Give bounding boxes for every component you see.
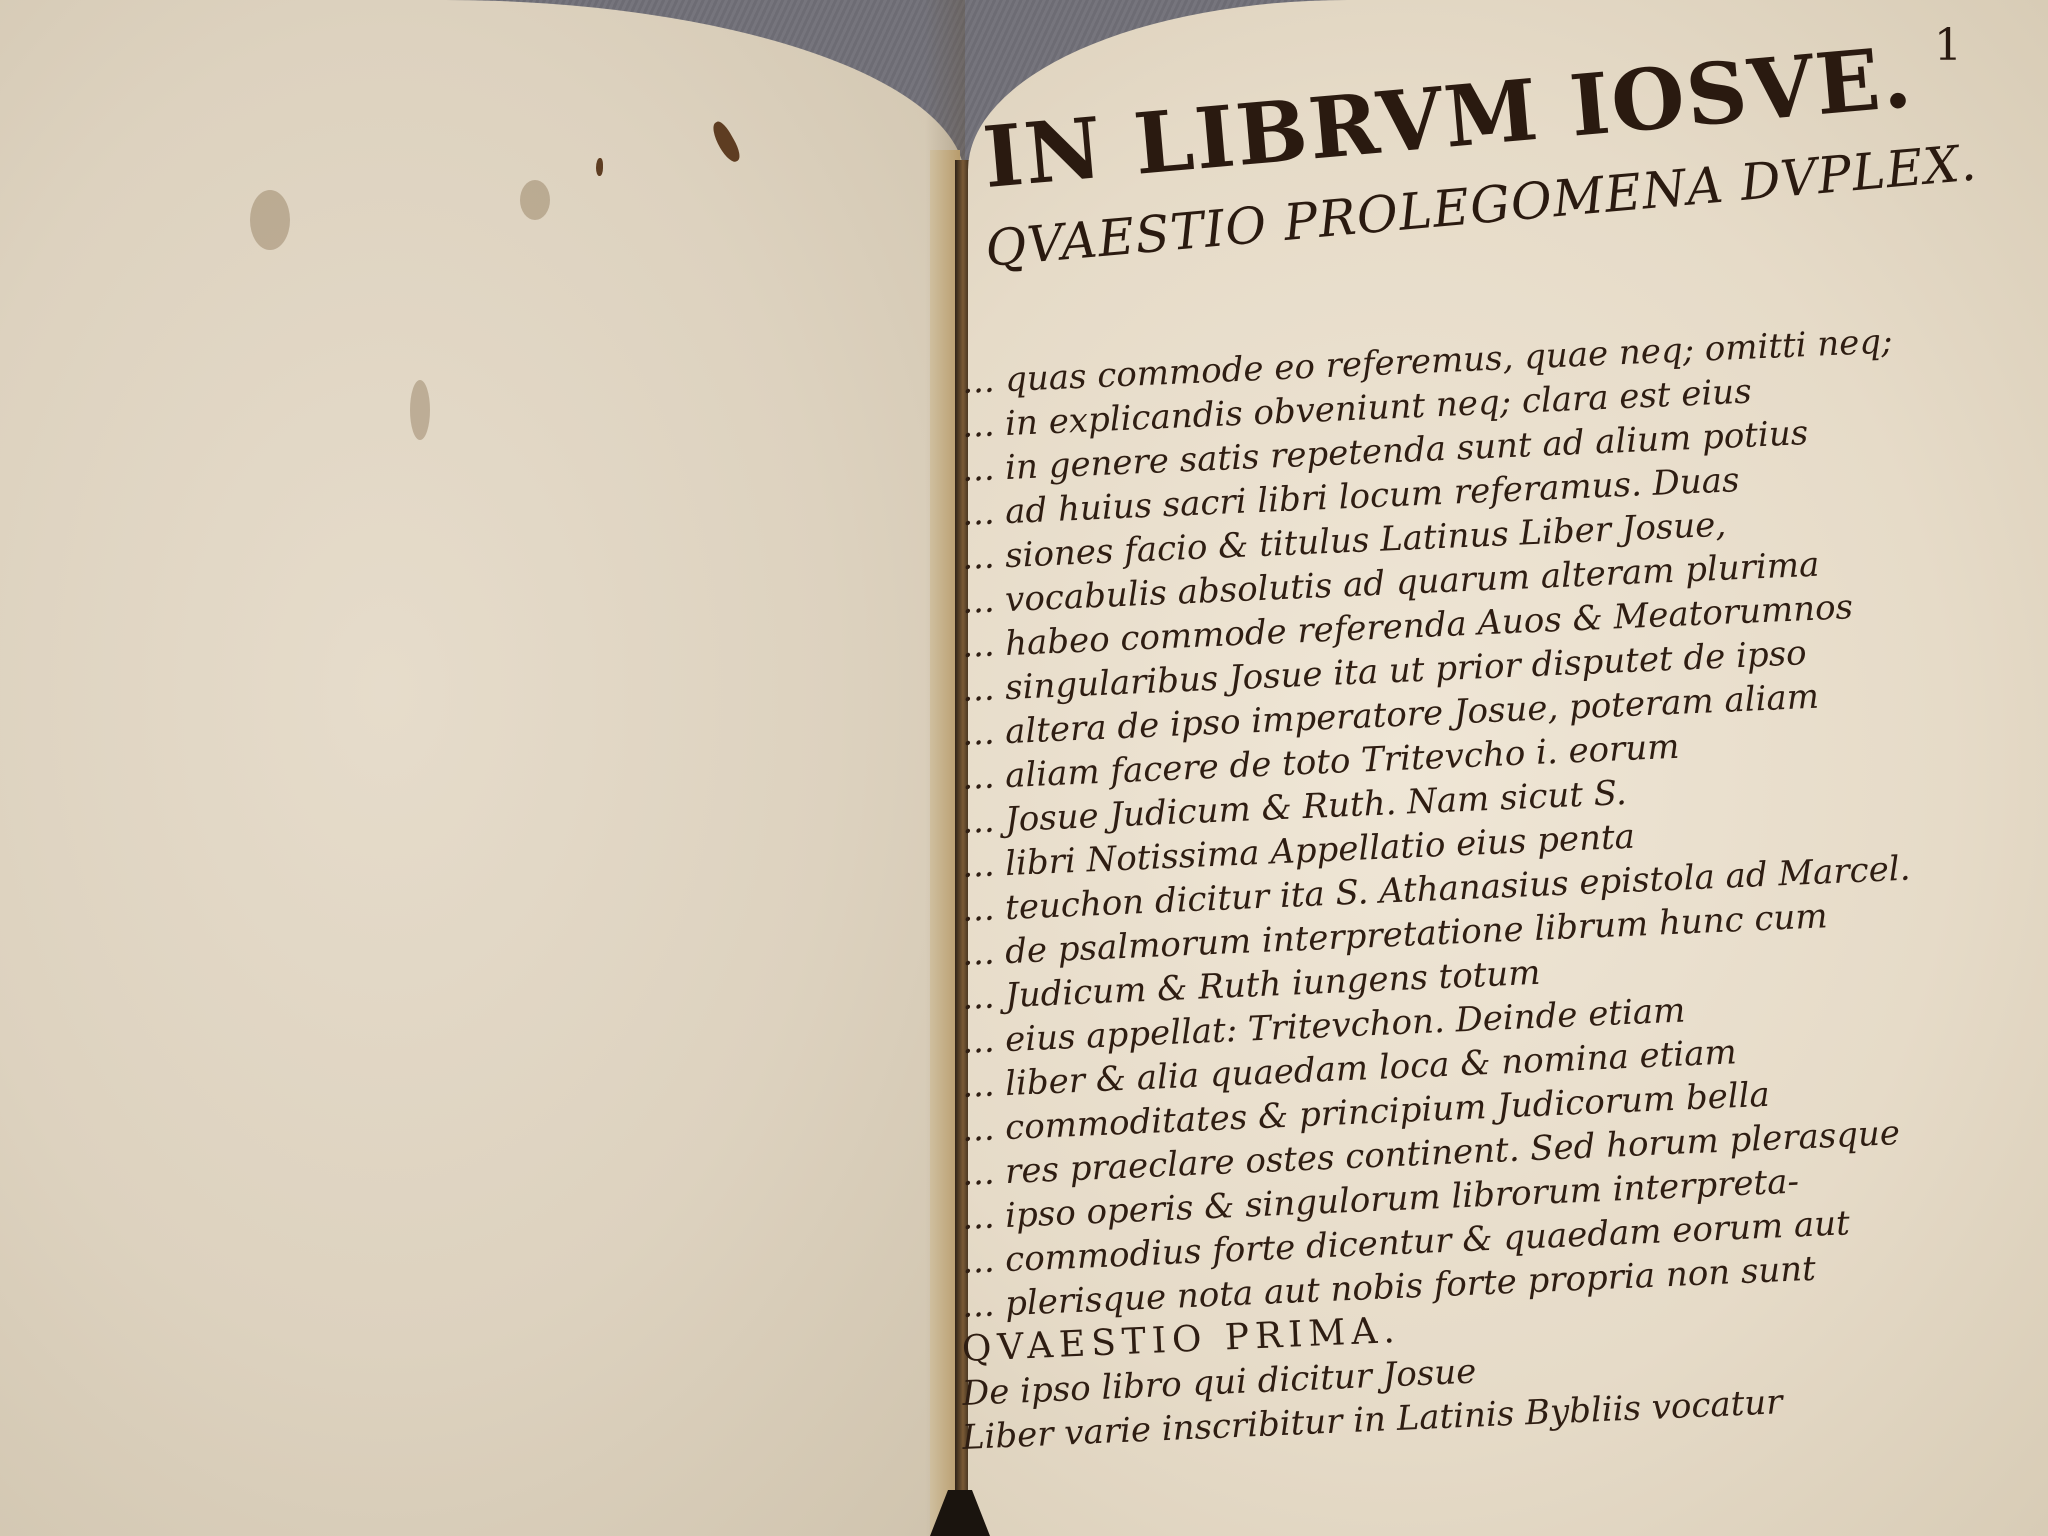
stain [250,190,290,250]
stain [410,380,430,440]
ink-spot [708,119,744,165]
left-page-blank [0,0,965,1536]
stain [520,180,550,220]
folio-number: 1 [1934,20,1962,71]
manuscript-body: ... quas commode eo referemus, quae neq;… [962,360,1962,1460]
right-page-manuscript: 1 IN LIBRVM IOSVE. QVAESTIO PROLEGOMENA … [968,0,2048,1536]
ink-spot [596,158,603,176]
